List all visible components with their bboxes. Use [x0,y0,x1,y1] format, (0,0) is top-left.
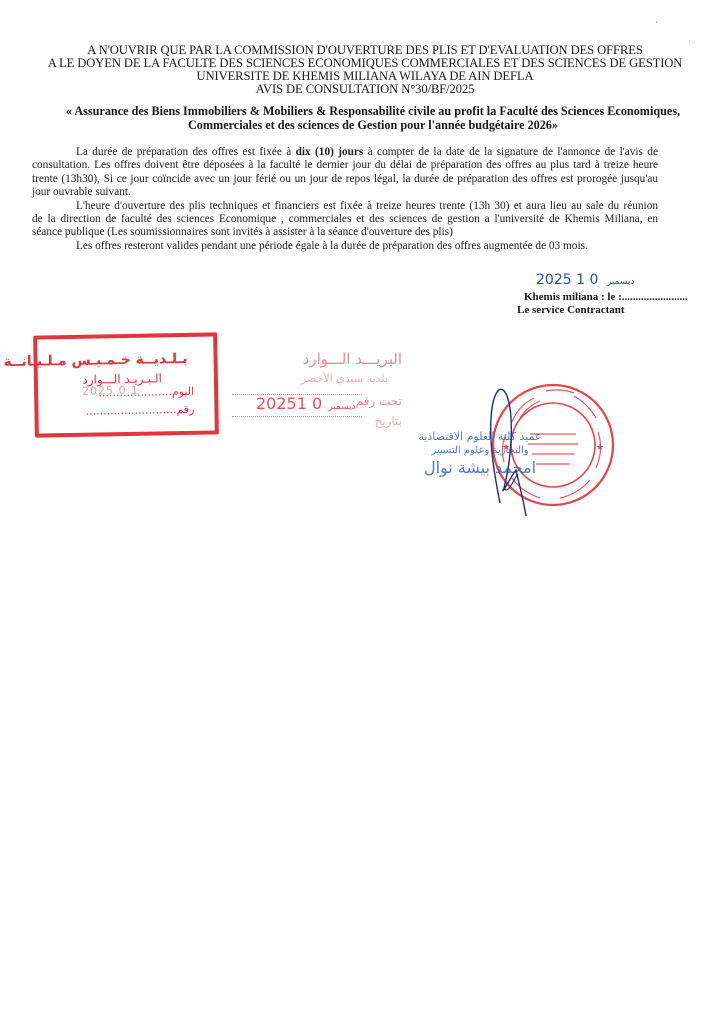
stamp-month: ديسمبر [328,402,355,412]
duration-highlight: dix (10) jours [296,146,364,158]
subject-line: « Assurance des Biens Immobiliers & Mobi… [30,104,716,118]
scan-speck: · [655,18,658,27]
text: L'heure d'ouverture des plis techniques … [32,200,658,213]
date-day: 0 1 [576,272,598,288]
text: de la direction de faculté des sciences … [0,213,658,226]
municipality-stamp: بـلـديــة خـمـيـس مـلـيـانــة الـبـريـد … [33,332,219,437]
stamp-number-line: رقم.......................... [86,403,195,418]
text: Les offres resteront valides pendant une… [32,240,658,253]
stamp-line: بلدية سيدي الأخضر [301,372,388,385]
document-page: · ˙ ˙ A N'OUVRIR QUE PAR LA COMMISSION D… [0,0,722,1024]
text: à compter de la date de la signature de … [363,146,658,158]
date-month: ديسمبر [607,277,634,287]
date-year: 2025 [536,272,572,288]
subject-line: Commerciales et des sciences de Gestion … [30,118,716,132]
stamp-line: تحت رقم [356,394,402,408]
paragraph-preparation-period: La durée de préparation des offres est f… [32,146,658,200]
text: consultation. Les offres doivent être dé… [0,159,658,172]
consultation-number: AVIS DE CONSULTATION N°30/BF/2025 [30,83,700,96]
handwritten-signature-icon [470,378,540,518]
document-header: A N'OUVRIR QUE PAR LA COMMISSION D'OUVER… [30,44,700,96]
stamp-day: 0 1 [297,394,322,413]
incoming-mail-stamp: البريـــد الـــوارد بلدية سيدي الأخضر 20… [232,350,402,440]
svg-text:★: ★ [596,442,604,452]
text: trente (13h30), Si ce jour coïncide avec… [0,173,658,186]
date-stamp: 2025 ديسمبر 0 1 [536,272,638,288]
text: La durée de préparation des offres est f… [76,146,296,158]
consultation-subject: « Assurance des Biens Immobiliers & Mobi… [30,104,716,132]
stamp-line: البريـــد الـــوارد [303,350,402,368]
text: jour ouvrable suivant. [0,186,658,199]
stamp-line: بـلـديــة خـمـيـس مـلـيـانــة [3,351,187,370]
stamp-year: 2025 [256,394,297,413]
stamp-day-line: اليوم..................... [98,385,194,400]
place-date-line: Khemis miliana : le :...................… [524,291,688,303]
dotted-line [232,416,362,417]
text: séance publique (Les soumissionnaires so… [0,226,658,239]
document-body: La durée de préparation des offres est f… [32,146,658,253]
stamp-date: 2025ديسمبر0 1 [256,394,362,413]
contracting-service: Le service Contractant [517,304,625,316]
paragraph-opening-session: L'heure d'ouverture des plis techniques … [32,200,658,240]
stamp-line: بتاريخ [375,414,403,428]
paragraph-validity: Les offres resteront valides pendant une… [32,240,658,253]
